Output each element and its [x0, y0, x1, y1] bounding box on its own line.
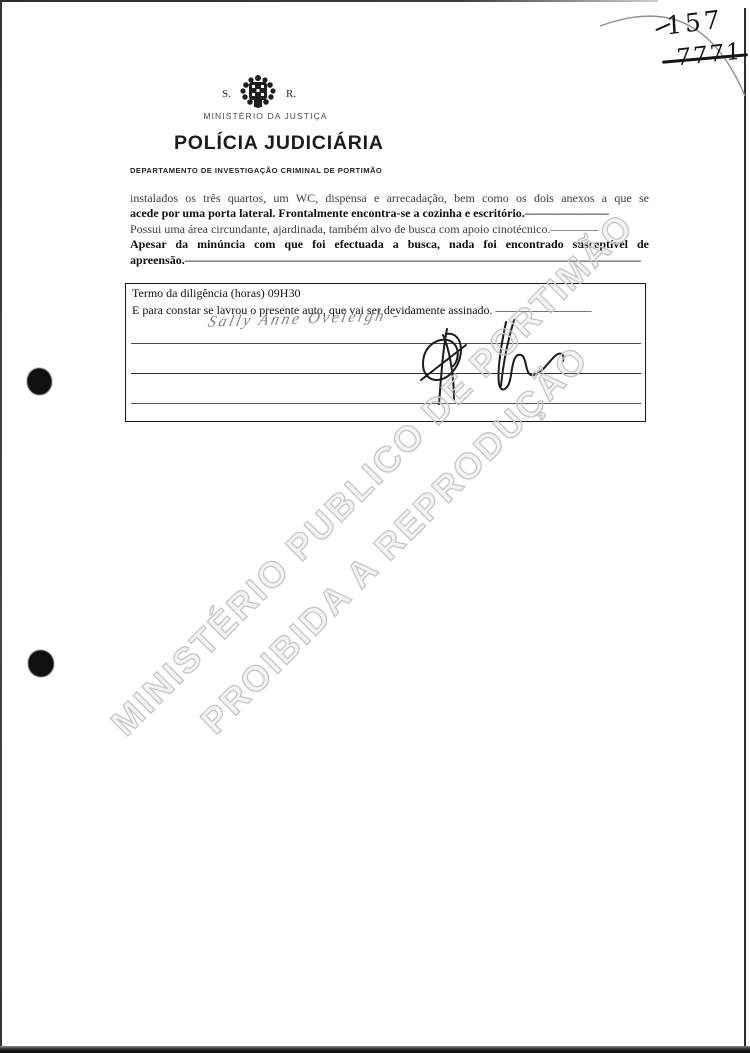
- scan-edge-bottom: [0, 1046, 750, 1053]
- body-line: Possui uma área circundante, ajardinada,…: [130, 222, 649, 237]
- department-name: DEPARTAMENTO DE INVESTIGAÇÃO CRIMINAL DE…: [130, 166, 382, 175]
- scanned-document-page: 157 7771 S. R. MINISTÉRIO DA JUSTIÇA POL…: [0, 0, 750, 1053]
- record-box: Termo da diligência (horas) 09H30 E para…: [125, 283, 646, 422]
- signature-scribbles: [402, 318, 574, 410]
- scan-edge-right: [744, 8, 746, 1048]
- termo-label: Termo da diligência (horas): [132, 286, 265, 300]
- scan-edge-left: [0, 0, 2, 1048]
- body-line: apreensão.——————————————————————————————…: [130, 253, 649, 268]
- ministry-name: MINISTÉRIO DA JUSTIÇA: [168, 111, 363, 121]
- page-title: POLÍCIA JUDICIÁRIA: [174, 132, 384, 155]
- body-line: instalados os três quartos, um WC, dispe…: [130, 191, 649, 206]
- initial-r: R.: [286, 88, 296, 100]
- hole-punch-bottom: [28, 650, 54, 677]
- initial-s: S.: [222, 88, 231, 100]
- termo-time-value: 09H30: [268, 286, 301, 300]
- body-paragraph: instalados os três quartos, um WC, dispe…: [130, 191, 649, 268]
- termo-line: Termo da diligência (horas) 09H30: [132, 286, 645, 301]
- body-line: Apesar da minúncia com que foi efectuada…: [130, 237, 649, 252]
- body-line: acede por uma porta lateral. Frontalment…: [130, 206, 649, 221]
- scan-edge-top: [0, 0, 658, 2]
- crest-icon: [238, 72, 278, 110]
- hole-punch-top: [27, 368, 52, 395]
